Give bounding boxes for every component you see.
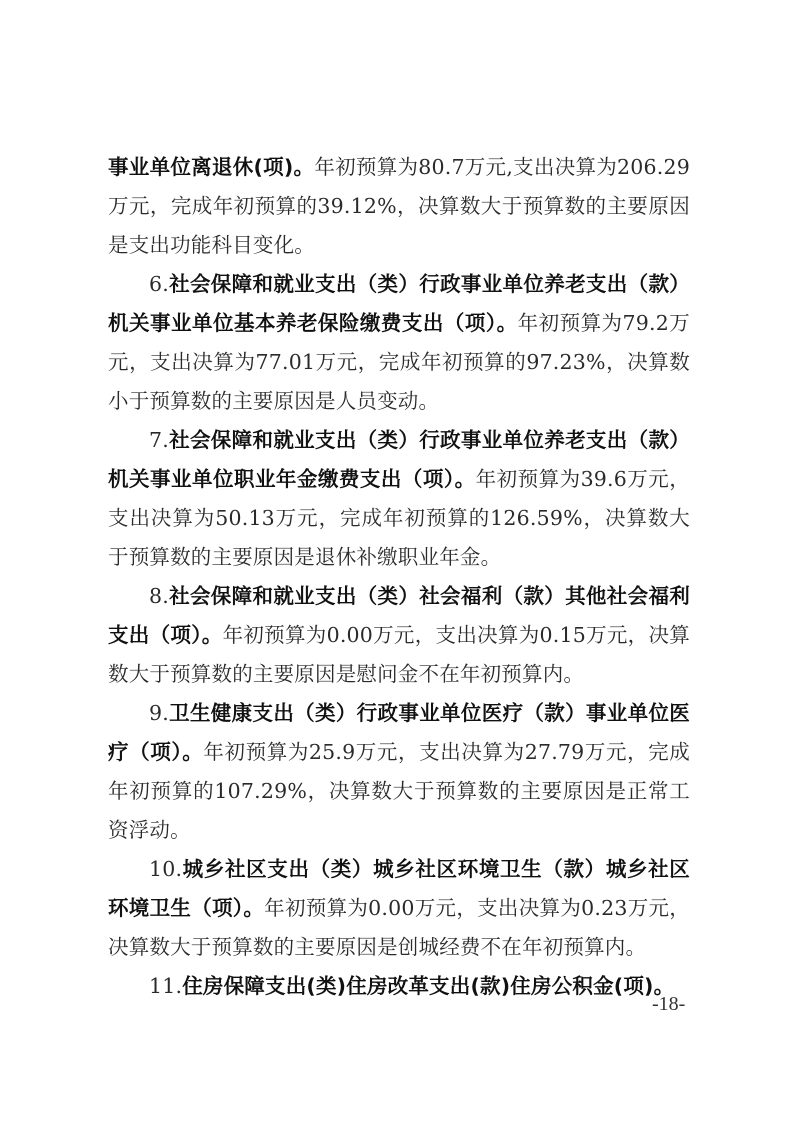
paragraph-heading: 事业单位离退休(项)。 [108,155,314,179]
item-number: 9. [149,701,169,725]
paragraph-item-7: 7.社会保障和就业支出（类）行政事业单位养老支出（款）机关事业单位职业年金缴费支… [108,421,690,577]
item-number: 6. [149,272,169,296]
item-number: 8. [149,584,169,608]
page-number: -18- [652,993,685,1016]
paragraph-item-6: 6.社会保障和就业支出（类）行政事业单位养老支出（款）机关事业单位基本养老保险缴… [108,265,690,421]
paragraph-heading: 住房保障支出(类)住房改革支出(款)住房公积金(项)。 [182,974,674,998]
item-number: 11. [149,974,182,998]
paragraph-item-10: 10.城乡社区支出（类）城乡社区环境卫生（款）城乡社区环境卫生（项）。年初预算为… [108,850,690,967]
item-number: 7. [149,428,169,452]
paragraph-item-11: 11.住房保障支出(类)住房改革支出(款)住房公积金(项)。 [108,967,690,1006]
item-number: 10. [149,857,182,881]
paragraph-item-9: 9.卫生健康支出（类）行政事业单位医疗（款）事业单位医疗（项）。年初预算为25.… [108,694,690,850]
paragraph-item-8: 8.社会保障和就业支出（类）社会福利（款）其他社会福利支出（项）。年初预算为0.… [108,577,690,694]
document-page: 事业单位离退休(项)。年初预算为80.7万元,支出决算为206.29万元，完成年… [108,148,690,1006]
paragraph-retirement: 事业单位离退休(项)。年初预算为80.7万元,支出决算为206.29万元，完成年… [108,148,690,265]
